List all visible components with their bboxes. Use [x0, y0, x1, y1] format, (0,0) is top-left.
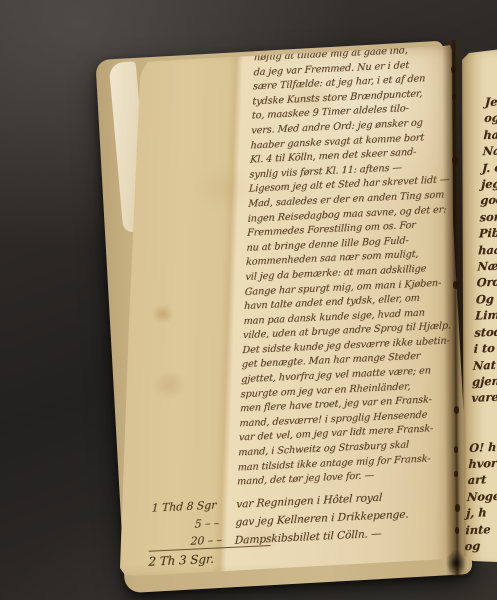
stitch-hole — [455, 527, 459, 534]
fragment-line: gjen — [472, 371, 497, 390]
fragment-line: som j — [479, 206, 497, 225]
expense-lines: var Regningen i Hôtel royalgav jeg Kelln… — [234, 485, 452, 549]
left-page-content-layer: høflig at tillade mig at gaae ind,da jeg… — [103, 34, 470, 590]
manuscript-text-block: høflig at tillade mig at gaae ind,da jeg… — [234, 41, 470, 549]
ledger-amounts: 1 Thd 8 Sgr5 – –20 – – — [150, 494, 264, 552]
fragment-line — [470, 420, 497, 439]
fragment-line: vare — [471, 387, 497, 406]
fragment-line: J. ov — [482, 157, 497, 176]
fragment-line: O! h — [469, 437, 497, 456]
fragment-line: Og d — [476, 288, 497, 307]
stitch-hole — [451, 66, 456, 73]
fragment-line: Jeg n — [485, 91, 497, 110]
stitch-hole — [455, 504, 460, 512]
fragment-line: art — [467, 469, 497, 488]
stitch-hole — [454, 406, 459, 414]
stitch-hole — [453, 281, 458, 289]
book-gutter-shadow — [442, 40, 468, 576]
fragment-line: Ord j — [476, 272, 497, 291]
fragment-line: j, h — [466, 502, 497, 521]
right-page-fragments: Jeg nog hahavdNatJ. ovjeg Ngodtsom jPibe… — [464, 91, 497, 555]
stitch-hole — [454, 446, 458, 453]
fragment-line: godt — [480, 190, 497, 209]
fragment-line: og ha — [484, 107, 497, 126]
fragment-line: i to — [473, 338, 497, 357]
fragment-line: Lim — [475, 305, 497, 324]
fragment-line: og — [464, 535, 497, 554]
gutter-bottom-notch — [446, 550, 466, 576]
stitch-hole — [452, 94, 456, 100]
fragment-line: havd — [483, 124, 497, 143]
fragment-line: stod, — [474, 321, 497, 340]
fragment-line: haand — [478, 239, 497, 258]
stitch-hole — [452, 156, 458, 165]
fragment-line: hvor — [468, 453, 497, 472]
fragment-line: jeg N — [481, 173, 497, 192]
photo-backdrop: høflig at tillade mig at gaae ind,da jeg… — [0, 0, 497, 600]
left-page: høflig at tillade mig at gaae ind,da jeg… — [116, 42, 458, 582]
fragment-line: Noge — [467, 486, 497, 505]
fragment-line: Næv — [477, 256, 497, 275]
fragment-line: Nat — [482, 140, 497, 159]
fragment-line: inte — [465, 519, 497, 538]
stitch-hole — [454, 471, 458, 477]
fragment-line: Nat — [473, 354, 497, 373]
fragment-line — [470, 404, 497, 423]
fragment-line: Pibe, — [479, 223, 497, 242]
manuscript-lines: høflig at tillade mig at gaae ind,da jeg… — [237, 41, 470, 490]
